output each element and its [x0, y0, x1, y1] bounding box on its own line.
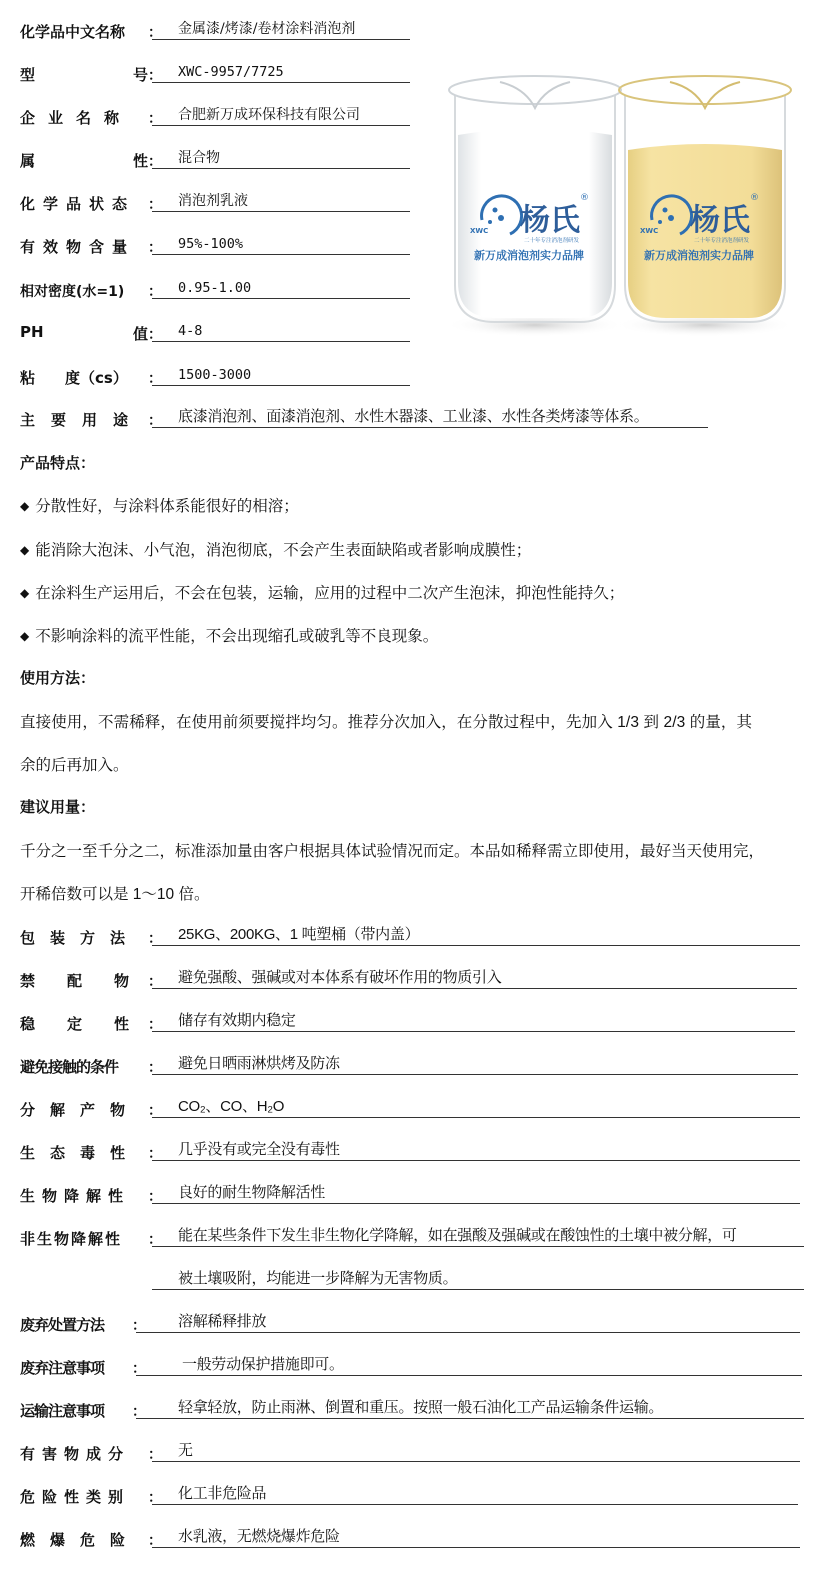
spec-value-transport-notes: 轻拿轻放，防止雨淋、倒置和重压。按照一般石油化工产品运输条件运输。: [136, 1397, 804, 1419]
spec-value-explosion-hazard: 水乳液，无燃烧爆炸危险: [152, 1526, 800, 1548]
spec-value-packaging: 25KG、200KG、1 吨塑桶（带内盖）: [152, 924, 800, 946]
features-heading: 产品特点：: [20, 452, 95, 473]
spec-value-active-content: 95%-100%: [152, 233, 410, 255]
spec-label-part: 值: [133, 323, 148, 344]
spec-row-transport-notes: 运输注意事项 ：: [20, 1397, 146, 1421]
spec-row-hazard-class: 危险性类别 ：: [20, 1483, 162, 1507]
spec-label: 化学品中文名称: [20, 21, 148, 42]
spec-value-disposal-method: 溶解稀释排放: [136, 1311, 800, 1333]
spec-label: 型号: [20, 64, 148, 85]
spec-row-disposal-method: 废弃处置方法 ：: [20, 1311, 146, 1335]
spec-row-biodegradability: 生物降解性 ：: [20, 1182, 162, 1206]
spec-label: 企业名称: [20, 107, 148, 128]
spec-label-char: 号: [133, 64, 148, 85]
spec-value-disposal-notes: 一般劳动保护措施即可。: [136, 1354, 802, 1376]
spec-label: 生态毒性: [20, 1142, 148, 1163]
spec-value-hazardous-components: 无: [152, 1440, 800, 1462]
spec-label: 相对密度(水=1): [20, 281, 148, 301]
spec-label: 化学品状态: [20, 193, 148, 214]
spec-value-model: XWC-9957/7725: [152, 61, 410, 83]
svg-text:杨氏: 杨氏: [690, 203, 751, 238]
spec-label: 生物降解性: [20, 1185, 148, 1206]
spec-value-ecotoxicity: 几乎没有或完全没有毒性: [152, 1139, 800, 1161]
spec-label: 包装方法: [20, 927, 148, 948]
spec-value-state: 消泡剂乳液: [152, 190, 410, 212]
spec-label-char: 型: [20, 64, 35, 85]
feature-text: 不影响涂料的流平性能，不会出现缩孔或破乳等不良现象。: [35, 628, 438, 645]
feature-text: 在涂料生产运用后，不会在包装，运输，应用的过程中二次产生泡沫，抑泡性能持久；: [35, 585, 624, 602]
spec-row-avoid-conditions: 避免接触的条件 ：: [20, 1053, 162, 1077]
spec-label-char: 性: [133, 150, 148, 171]
spec-label-part: 度（cs）: [65, 369, 128, 387]
spec-row-ph: PH值 ：: [20, 320, 162, 344]
spec-row-chinese-name: 化学品中文名称 ：: [20, 18, 162, 42]
spec-row-packaging: 包装方法 ：: [20, 924, 162, 948]
usage-line: 直接使用，不需稀释，在使用前须要搅拌均匀。推荐分次加入，在分散过程中，先加入 1…: [20, 710, 752, 732]
spec-value-stability: 储存有效期内稳定: [152, 1010, 795, 1032]
spec-label: 分解产物: [20, 1099, 148, 1120]
spec-value-hazard-class: 化工非危险品: [152, 1483, 798, 1505]
spec-label: 避免接触的条件: [20, 1056, 148, 1077]
spec-row-hazardous-components: 有害物成分 ：: [20, 1440, 162, 1464]
svg-text:®: ®: [750, 193, 759, 203]
spec-label: 非生物降解性: [20, 1228, 148, 1249]
dosage-line: 千分之一至千分之二，标准添加量由客户根据具体试验情况而定。本品如稀释需立即使用，…: [20, 839, 764, 861]
feature-text: 能消除大泡沫、小气泡，消泡彻底，不会产生表面缺陷或者影响成膜性；: [35, 542, 531, 559]
svg-text:二十年专注消泡剂研发: 二十年专注消泡剂研发: [694, 236, 750, 244]
feature-item: ◆能消除大泡沫、小气泡，消泡彻底，不会产生表面缺陷或者影响成膜性；: [20, 538, 531, 560]
spec-row-incompatible: 禁配物 ：: [20, 967, 162, 991]
spec-value-ph: 4-8: [152, 320, 410, 342]
spec-label: 废弃注意事项: [20, 1357, 132, 1378]
spec-value-density: 0.95-1.00: [152, 277, 410, 299]
feature-item: ◆不影响涂料的流平性能，不会出现缩孔或破乳等不良现象。: [20, 624, 438, 646]
spec-row-disposal-notes: 废弃注意事项 ：: [20, 1354, 146, 1378]
yellow-beaker: XWC 杨氏 ® 二十年专注消泡剂研发 新万成消泡剂实力品牌: [619, 76, 791, 322]
feature-text: 分散性好，与涂料体系能很好的相溶；: [35, 498, 299, 515]
spec-label: 属性: [20, 150, 148, 171]
spec-label: 有效物含量: [20, 236, 148, 257]
spec-value-avoid-conditions: 避免日晒雨淋烘烤及防冻: [152, 1053, 798, 1075]
diamond-bullet-icon: ◆: [20, 543, 29, 557]
spec-value-main-use: 底漆消泡剂、面漆消泡剂、水性木器漆、工业漆、水性各类烤漆等体系。: [152, 406, 708, 428]
spec-value-decomposition: CO₂、CO、H₂O: [152, 1096, 800, 1118]
spec-label: 有害物成分: [20, 1443, 148, 1464]
feature-item: ◆在涂料生产运用后，不会在包装，运输，应用的过程中二次产生泡沫，抑泡性能持久；: [20, 581, 624, 603]
spec-label-char: 属: [20, 150, 35, 171]
spec-value-property: 混合物: [152, 147, 410, 169]
spec-label: 废弃处置方法: [20, 1314, 132, 1335]
spec-label-part: PH: [20, 323, 44, 344]
product-beakers-image: XWC 杨氏 ® 二十年专注消泡剂研发 新万成消泡剂实力品牌 XWC 杨氏 ® …: [440, 60, 800, 345]
svg-text:®: ®: [580, 193, 589, 203]
spec-row-decomposition: 分解产物 ：: [20, 1096, 162, 1120]
svg-text:XWC: XWC: [640, 227, 658, 235]
spec-value-chinese-name: 金属漆/烤漆/卷材涂料消泡剂: [152, 18, 410, 40]
feature-item: ◆分散性好，与涂料体系能很好的相溶；: [20, 494, 299, 516]
diamond-bullet-icon: ◆: [20, 586, 29, 600]
svg-text:二十年专注消泡剂研发: 二十年专注消泡剂研发: [524, 236, 580, 244]
spec-row-stability: 稳定性 ：: [20, 1010, 162, 1034]
spec-label: PH值: [20, 323, 148, 344]
usage-line: 余的后再加入。: [20, 753, 129, 775]
spec-value-incompatible: 避免强酸、强碱或对本体系有破坏作用的物质引入: [152, 967, 797, 989]
spec-label: 禁配物: [20, 970, 148, 991]
spec-label: 危险性类别: [20, 1486, 148, 1507]
spec-row-density: 相对密度(水=1) ：: [20, 277, 162, 301]
spec-label: 燃爆危险: [20, 1529, 148, 1550]
svg-text:新万成消泡剂实力品牌: 新万成消泡剂实力品牌: [644, 248, 754, 262]
spec-row-company: 企业名称 ：: [20, 104, 162, 128]
spec-value-abiotic-degradability-line2: 被土壤吸附，均能进一步降解为无害物质。: [152, 1268, 804, 1290]
spec-label: 稳定性: [20, 1013, 148, 1034]
slogan: 新万成消泡剂实力品牌: [474, 248, 584, 262]
spec-row-property: 属性 ：: [20, 147, 162, 171]
brand-name: 杨氏: [520, 203, 581, 238]
spec-label: 运输注意事项: [20, 1400, 132, 1421]
spec-row-active-content: 有效物含量 ：: [20, 233, 162, 257]
dosage-heading: 建议用量：: [20, 796, 95, 817]
spec-value-abiotic-degradability: 能在某些条件下发生非生物化学降解，如在强酸及强碱或在酸蚀性的土壤中被分解，可: [152, 1225, 804, 1247]
diamond-bullet-icon: ◆: [20, 499, 29, 513]
white-beaker: XWC 杨氏 ® 二十年专注消泡剂研发 新万成消泡剂实力品牌: [449, 76, 621, 322]
spec-label: 主要用途: [20, 409, 148, 430]
spec-row-model: 型号 ：: [20, 61, 162, 85]
dosage-line: 开稀倍数可以是 1～10 倍。: [20, 882, 209, 904]
spec-value-biodegradability: 良好的耐生物降解活性: [152, 1182, 800, 1204]
spec-value-viscosity: 1500-3000: [152, 364, 410, 386]
spec-row-explosion-hazard: 燃爆危险 ：: [20, 1526, 162, 1550]
diamond-bullet-icon: ◆: [20, 629, 29, 643]
spec-row-ecotoxicity: 生态毒性 ：: [20, 1139, 162, 1163]
spec-row-abiotic-degradability: 非生物降解性 ：: [20, 1225, 162, 1249]
spec-value-company: 合肥新万成环保科技有限公司: [152, 104, 410, 126]
spec-label: 粘度（cs）: [20, 367, 148, 388]
spec-row-main-use: 主要用途 ：: [20, 406, 162, 430]
spec-row-state: 化学品状态 ：: [20, 190, 162, 214]
logo-text: XWC: [470, 227, 488, 235]
usage-heading: 使用方法：: [20, 667, 95, 688]
spec-row-viscosity: 粘度（cs） ：: [20, 364, 162, 388]
spec-label-part: 粘: [20, 369, 35, 387]
